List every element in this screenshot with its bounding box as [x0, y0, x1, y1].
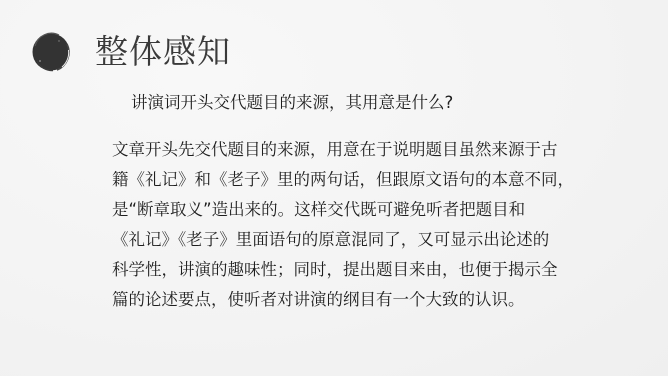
slide: 整体感知 讲演词开头交代题目的来源，其用意是什么? 文章开头先交代题目的来源，用…: [0, 0, 668, 376]
answer-paragraph: 文章开头先交代题目的来源，用意在于说明题目虽然来源于古 籍《礼记》和《老子》里的…: [112, 135, 632, 315]
slide-title: 整体感知: [95, 32, 231, 72]
answer-line: 文章开头先交代题目的来源，用意在于说明题目虽然来源于古: [112, 135, 632, 165]
answer-line: 籍《礼记》和《老子》里的两句话，但跟原文语句的本意不同，: [112, 165, 632, 195]
answer-line: 是“断章取义”造出来的。这样交代既可避免听者把题目和: [112, 195, 632, 225]
ink-circle-icon: [29, 30, 73, 74]
answer-line: 《礼记》《老子》里面语句的原意混同了，又可显示出论述的: [112, 225, 632, 255]
question-text: 讲演词开头交代题目的来源，其用意是什么?: [131, 91, 453, 115]
answer-line: 科学性，讲演的趣味性；同时，提出题目来由，也便于揭示全: [112, 255, 632, 285]
answer-line: 篇的论述要点，使听者对讲演的纲目有一个大致的认识。: [112, 285, 632, 315]
